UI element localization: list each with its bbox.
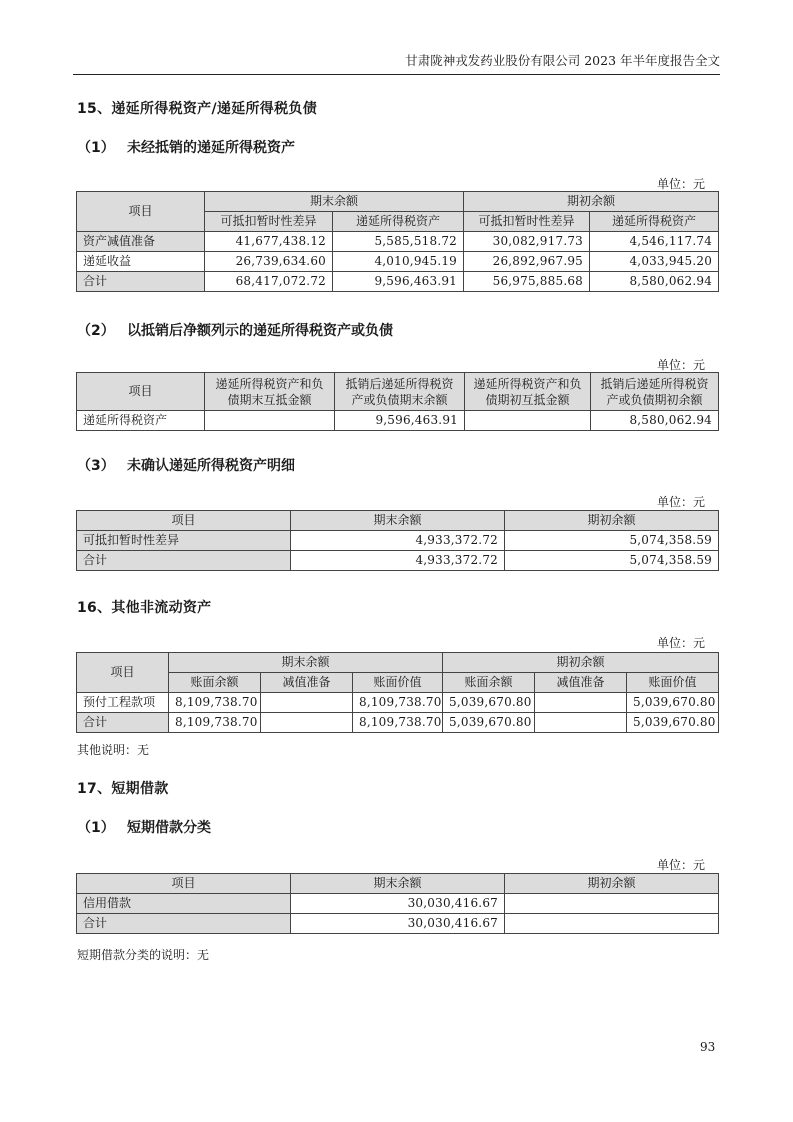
header-end-asset: 递延所得税资产 — [333, 212, 464, 232]
cell-end-diff: 26,739,634.60 — [205, 252, 333, 272]
cell-end-asset: 4,010,945.19 — [333, 252, 464, 272]
table-short-term-loans: 项目 期末余额 期初余额 信用借款 30,030,416.67 合计 30,03… — [76, 873, 719, 934]
subsection-title: 未经抵销的递延所得税资产 — [127, 140, 295, 156]
row-label: 递延收益 — [77, 252, 205, 272]
table-unrecognized-deferred-tax-assets: 项目 期末余额 期初余额 可抵扣暂时性差异 4,933,372.72 5,074… — [76, 510, 719, 571]
header-end-balance: 期末余额 — [291, 511, 505, 531]
row-label: 信用借款 — [77, 894, 291, 914]
header-begin-net: 抵销后递延所得税资产或负债期初余额 — [591, 373, 719, 411]
table-unoffset-deferred-tax-assets: 项目 期末余额 期初余额 可抵扣暂时性差异 递延所得税资产 可抵扣暂时性差异 递… — [76, 191, 719, 292]
cell-begin-diff: 56,975,885.68 — [464, 272, 590, 292]
report-title: 甘肃陇神戎发药业股份有限公司 2023 年半年度报告全文 — [405, 53, 720, 68]
header-begin-asset: 递延所得税资产 — [590, 212, 719, 232]
section-15-3-title: （3）未确认递延所得税资产明细 — [77, 455, 295, 475]
cell-begin-asset: 4,546,117.74 — [590, 232, 719, 252]
table-row-total: 合计 68,417,072.72 9,596,463.91 56,975,885… — [77, 272, 719, 292]
header-end-balance: 期末余额 — [291, 874, 505, 894]
header-end-book-balance: 账面余额 — [169, 673, 261, 693]
row-label: 合计 — [77, 551, 291, 571]
header-end-impairment: 减值准备 — [261, 673, 353, 693]
cell-end: 30,030,416.67 — [291, 894, 505, 914]
cell-end-diff: 68,417,072.72 — [205, 272, 333, 292]
header-end-balance: 期末余额 — [169, 653, 443, 673]
table-other-non-current-assets: 项目 期末余额 期初余额 账面余额 减值准备 账面价值 账面余额 减值准备 账面… — [76, 652, 719, 733]
cell-begin-book-value: 5,039,670.80 — [627, 693, 719, 713]
header-item: 项目 — [77, 653, 169, 693]
section-16-title: 16、其他非流动资产 — [77, 597, 211, 617]
cell-begin-diff: 30,082,917.73 — [464, 232, 590, 252]
header-item: 项目 — [77, 373, 205, 411]
table-row: 递延所得税资产 9,596,463.91 8,580,062.94 — [77, 411, 719, 431]
header-end-balance: 期末余额 — [205, 192, 464, 212]
header-end-net: 抵销后递延所得税资产或负债期末余额 — [335, 373, 465, 411]
subsection-title: 以抵销后净额列示的递延所得税资产或负债 — [127, 323, 393, 339]
cell-begin: 5,074,358.59 — [505, 551, 719, 571]
header-item: 项目 — [77, 511, 291, 531]
section-15-2-title: （2）以抵销后净额列示的递延所得税资产或负债 — [77, 320, 393, 340]
header-begin-impairment: 减值准备 — [535, 673, 627, 693]
table-row: 预付工程款项 8,109,738.70 8,109,738.70 5,039,6… — [77, 693, 719, 713]
section-17-1-title: （1）短期借款分类 — [77, 817, 211, 837]
header-end-book-value: 账面价值 — [353, 673, 443, 693]
cell-begin-offset — [465, 411, 591, 431]
row-label: 预付工程款项 — [77, 693, 169, 713]
unit-label: 单位：元 — [657, 356, 705, 373]
page-number: 93 — [700, 1040, 715, 1054]
header-item: 项目 — [77, 192, 205, 232]
cell-end-impairment — [261, 713, 353, 733]
row-label: 可抵扣暂时性差异 — [77, 531, 291, 551]
cell-end-book-balance: 8,109,738.70 — [169, 713, 261, 733]
header-begin-balance: 期初余额 — [505, 511, 719, 531]
table-row-total: 合计 8,109,738.70 8,109,738.70 5,039,670.8… — [77, 713, 719, 733]
cell-begin-book-balance: 5,039,670.80 — [443, 713, 535, 733]
subsection-title: 未确认递延所得税资产明细 — [127, 458, 295, 474]
header-begin-diff: 可抵扣暂时性差异 — [464, 212, 590, 232]
header-begin-book-value: 账面价值 — [627, 673, 719, 693]
table-row: 资产减值准备 41,677,438.12 5,585,518.72 30,082… — [77, 232, 719, 252]
header-end-offset: 递延所得税资产和负债期末互抵金额 — [205, 373, 335, 411]
subsection-number: （3） — [77, 455, 127, 475]
cell-end: 4,933,372.72 — [291, 551, 505, 571]
table-row: 递延收益 26,739,634.60 4,010,945.19 26,892,9… — [77, 252, 719, 272]
cell-begin-asset: 4,033,945.20 — [590, 252, 719, 272]
header-item: 项目 — [77, 874, 291, 894]
section-16-note: 其他说明：无 — [77, 741, 149, 758]
cell-begin: 5,074,358.59 — [505, 531, 719, 551]
subsection-number: （1） — [77, 137, 127, 157]
cell-begin-diff: 26,892,967.95 — [464, 252, 590, 272]
table-offset-deferred-tax: 项目 递延所得税资产和负债期末互抵金额 抵销后递延所得税资产或负债期末余额 递延… — [76, 372, 719, 431]
row-label: 递延所得税资产 — [77, 411, 205, 431]
subsection-title: 短期借款分类 — [127, 820, 211, 836]
unit-label: 单位：元 — [657, 634, 705, 651]
unit-label: 单位：元 — [657, 856, 705, 873]
table-row: 信用借款 30,030,416.67 — [77, 894, 719, 914]
cell-end: 4,933,372.72 — [291, 531, 505, 551]
cell-end-net: 9,596,463.91 — [335, 411, 465, 431]
row-label: 合计 — [77, 713, 169, 733]
unit-label: 单位：元 — [657, 175, 705, 192]
page-header: 甘肃陇神戎发药业股份有限公司 2023 年半年度报告全文 — [73, 52, 720, 75]
section-17-note: 短期借款分类的说明：无 — [77, 946, 209, 963]
header-begin-book-balance: 账面余额 — [443, 673, 535, 693]
cell-end-book-value: 8,109,738.70 — [353, 713, 443, 733]
cell-end-impairment — [261, 693, 353, 713]
header-begin-balance: 期初余额 — [443, 653, 719, 673]
cell-end-diff: 41,677,438.12 — [205, 232, 333, 252]
cell-begin — [505, 894, 719, 914]
cell-end-book-value: 8,109,738.70 — [353, 693, 443, 713]
cell-end-asset: 5,585,518.72 — [333, 232, 464, 252]
header-begin-balance: 期初余额 — [464, 192, 719, 212]
table-row-total: 合计 4,933,372.72 5,074,358.59 — [77, 551, 719, 571]
section-15-1-title: （1）未经抵销的递延所得税资产 — [77, 137, 295, 157]
cell-begin-impairment — [535, 693, 627, 713]
header-begin-balance: 期初余额 — [505, 874, 719, 894]
unit-label: 单位：元 — [657, 493, 705, 510]
cell-begin-impairment — [535, 713, 627, 733]
cell-end: 30,030,416.67 — [291, 914, 505, 934]
cell-begin-net: 8,580,062.94 — [591, 411, 719, 431]
subsection-number: （2） — [77, 320, 127, 340]
cell-begin-asset: 8,580,062.94 — [590, 272, 719, 292]
row-label: 合计 — [77, 272, 205, 292]
table-row-total: 合计 30,030,416.67 — [77, 914, 719, 934]
cell-begin-book-value: 5,039,670.80 — [627, 713, 719, 733]
section-17-title: 17、短期借款 — [77, 778, 169, 798]
table-row: 可抵扣暂时性差异 4,933,372.72 5,074,358.59 — [77, 531, 719, 551]
header-begin-offset: 递延所得税资产和负债期初互抵金额 — [465, 373, 591, 411]
cell-end-offset — [205, 411, 335, 431]
row-label: 合计 — [77, 914, 291, 934]
cell-end-book-balance: 8,109,738.70 — [169, 693, 261, 713]
header-end-diff: 可抵扣暂时性差异 — [205, 212, 333, 232]
cell-begin — [505, 914, 719, 934]
section-15-title: 15、递延所得税资产/递延所得税负债 — [77, 98, 317, 118]
row-label: 资产减值准备 — [77, 232, 205, 252]
cell-end-asset: 9,596,463.91 — [333, 272, 464, 292]
subsection-number: （1） — [77, 817, 127, 837]
cell-begin-book-balance: 5,039,670.80 — [443, 693, 535, 713]
